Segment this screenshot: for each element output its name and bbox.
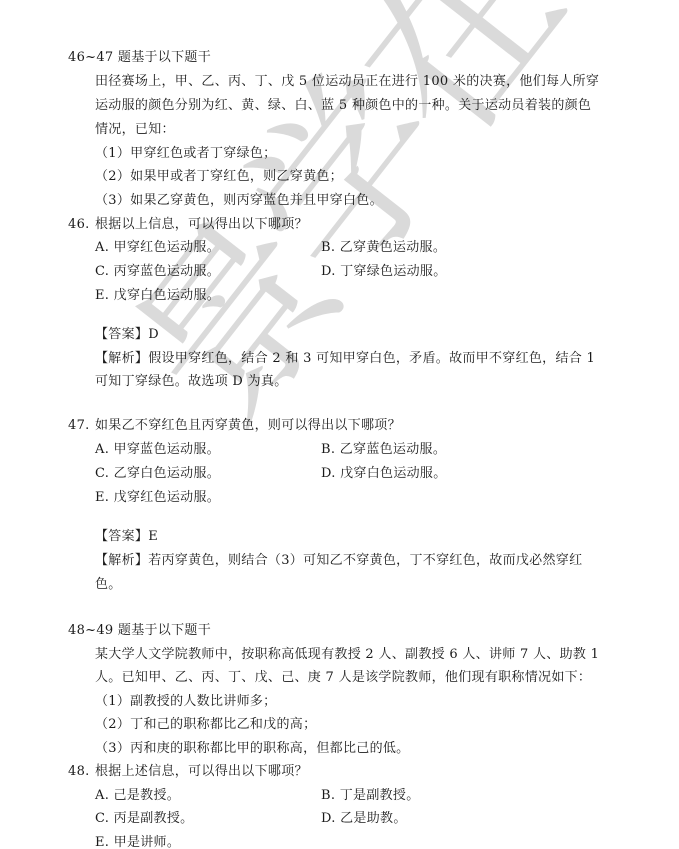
q47-option-a: A. 甲穿蓝色运动服。 — [95, 442, 220, 458]
q46-option-c: C. 丙穿蓝色运动服。 — [95, 264, 220, 280]
q47-answer: 【答案】E — [95, 529, 158, 545]
q47-number: 47. — [68, 418, 90, 434]
q48-question: 根据上述信息，可以得出以下哪项？ — [95, 764, 308, 780]
q46-option-a: A. 甲穿红色运动服。 — [95, 240, 220, 256]
group1-stem-line: 运动服的颜色分别为红、黄、绿、白、蓝 5 种颜色中的一种。关于运动员着装的颜色 — [95, 98, 591, 114]
q47-analysis-line: 色。 — [95, 577, 122, 593]
group2-condition: （2）丁和己的职称都比乙和戊的高； — [95, 717, 316, 733]
q46-question: 根据以上信息，可以得出以下哪项？ — [95, 217, 308, 233]
q46-number: 46. — [68, 217, 90, 233]
q46-option-b: B. 乙穿黄色运动服。 — [321, 240, 446, 256]
q47-question: 如果乙不穿红色且丙穿黄色，则可以得出以下哪项？ — [95, 418, 401, 434]
q46-analysis-line: 【解析】假设甲穿红色，结合 2 和 3 可知甲穿白色，矛盾。故而甲不穿红色，结合… — [95, 351, 595, 367]
q47-option-e: E. 戊穿红色运动服。 — [95, 490, 220, 506]
group2-stem-line: 人。已知甲、乙、丙、丁、戊、己、庚 7 人是该学院教师，他们现有职称情况如下： — [95, 670, 591, 686]
group2-condition: （3）丙和庚的职称都比甲的职称高，但都比己的低。 — [95, 741, 409, 757]
q47-option-c: C. 乙穿白色运动服。 — [95, 466, 220, 482]
q48-number: 48. — [68, 764, 90, 780]
q46-option-e: E. 戊穿白色运动服。 — [95, 288, 220, 304]
group1-condition: （2）如果甲或者丁穿红色，则乙穿黄色； — [95, 169, 343, 185]
q48-option-d: D. 乙是助教。 — [321, 811, 407, 827]
q48-option-b: B. 丁是副教授。 — [321, 788, 420, 804]
group1-condition: （1）甲穿红色或者丁穿绿色； — [95, 146, 276, 162]
group2-stem-line: 某大学人文学院教师中，按职称高低现有教授 2 人、副教授 6 人、讲师 7 人、… — [95, 647, 599, 663]
group1-header: 46~47 题基于以下题干 — [68, 50, 211, 66]
group1-condition: （3）如果乙穿黄色，则丙穿蓝色并且甲穿白色。 — [95, 193, 383, 209]
q47-analysis-line: 【解析】若丙穿黄色，则结合（3）可知乙不穿黄色，丁不穿红色，故而戊必然穿红 — [95, 553, 582, 569]
q48-option-e: E. 甲是讲师。 — [95, 835, 180, 849]
q47-option-d: D. 戊穿白色运动服。 — [321, 466, 447, 482]
q48-option-c: C. 丙是副教授。 — [95, 811, 193, 827]
group2-condition: （1）副教授的人数比讲师多； — [95, 694, 276, 710]
document-page: 景学在线 46~47 题基于以下题干 田径赛场上，甲、乙、丙、丁、戊 5 位运动… — [0, 0, 679, 849]
group2-header: 48~49 题基于以下题干 — [68, 623, 211, 639]
q46-analysis-line: 可知丁穿绿色。故选项 D 为真。 — [95, 374, 288, 390]
q46-option-d: D. 丁穿绿色运动服。 — [321, 264, 447, 280]
q46-answer: 【答案】D — [95, 327, 159, 343]
group1-stem-line: 情况，已知： — [95, 122, 175, 138]
group1-stem-line: 田径赛场上，甲、乙、丙、丁、戊 5 位运动员正在进行 100 米的决赛，他们每人… — [95, 74, 599, 90]
q47-option-b: B. 乙穿蓝色运动服。 — [321, 442, 446, 458]
watermark: 景学在线 — [60, 0, 679, 468]
q48-option-a: A. 己是教授。 — [95, 788, 180, 804]
